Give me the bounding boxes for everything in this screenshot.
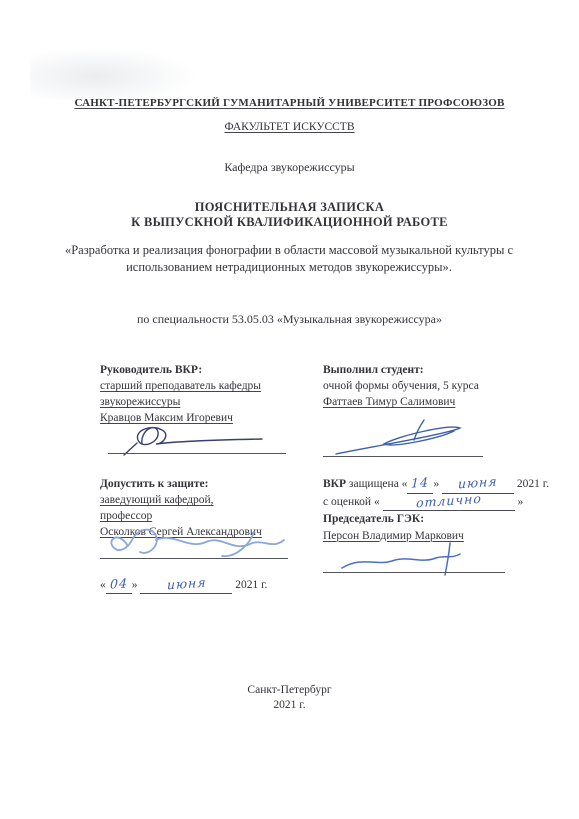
admission-date-line: «04» июня 2021 г.	[100, 577, 330, 594]
thesis-topic: «Разработка и реализация фонографии в об…	[58, 242, 520, 275]
supervisor-position-line2: звукорежиссуры	[100, 394, 330, 410]
student-label: Выполнил студент:	[323, 362, 573, 378]
student-signature-line	[323, 456, 483, 457]
defense-year: 2021 г.	[517, 478, 549, 490]
admission-position-line2: профессор	[100, 508, 330, 524]
admission-label: Допустить к защите:	[100, 476, 330, 492]
student-block: Выполнил студент: очной формы обучения, …	[323, 362, 573, 410]
supervisor-label: Руководитель ВКР:	[100, 362, 330, 378]
supervisor-block: Руководитель ВКР: старший преподаватель …	[100, 362, 330, 426]
document-title-line1: ПОЯСНИТЕЛЬНАЯ ЗАПИСКА	[0, 200, 579, 215]
supervisor-signature	[112, 418, 282, 456]
document-title-line2: К ВЫПУСКНОЙ КВАЛИФИКАЦИОННОЙ РАБОТЕ	[0, 215, 579, 230]
student-name: Фаттаев Тимур Салимович	[323, 394, 573, 410]
admission-signature-line	[100, 558, 288, 559]
chair-signature-line	[323, 572, 505, 573]
admission-signature	[104, 526, 289, 562]
scan-smudge	[30, 48, 195, 100]
defense-block: ВКР защищена «14» июня 2021 г. с оценкой…	[323, 476, 573, 544]
supervisor-position-line1: старший преподаватель кафедры	[100, 378, 330, 394]
quote-open: «	[374, 496, 380, 508]
admission-date-month: июня	[166, 577, 206, 592]
admission-date-day: 04	[110, 577, 128, 591]
admission-date-year: 2021 г.	[235, 579, 267, 591]
defense-day: 14	[411, 476, 429, 490]
student-signature	[328, 414, 488, 460]
quote-close: »	[433, 478, 439, 490]
specialty-line: по специальности 53.05.03 «Музыкальная з…	[0, 312, 579, 327]
quote-close: »	[517, 496, 523, 508]
quote-close: »	[132, 579, 138, 591]
student-details: очной формы обучения, 5 курса	[323, 378, 573, 394]
department-name: Кафедра звукорежиссуры	[0, 160, 579, 175]
defense-month: июня	[458, 476, 498, 491]
faculty-name: ФАКУЛЬТЕТ ИСКУССТВ	[0, 121, 579, 133]
admission-position-line1: заведующий кафедрой,	[100, 492, 330, 508]
footer-year: 2021 г.	[0, 699, 579, 711]
defense-vkr: ВКР	[323, 478, 346, 490]
document-page: САНКТ-ПЕТЕРБУРГСКИЙ ГУМАНИТАРНЫЙ УНИВЕРС…	[0, 0, 579, 819]
defense-defended: защищена	[349, 478, 399, 490]
footer-city: Санкт-Петербург	[0, 684, 579, 696]
chair-label: Председатель ГЭК:	[323, 511, 573, 528]
supervisor-signature-line	[108, 453, 286, 454]
grade-label: с оценкой	[323, 496, 371, 508]
university-name: САНКТ-ПЕТЕРБУРГСКИЙ ГУМАНИТАРНЫЙ УНИВЕРС…	[0, 97, 579, 109]
grade-value: отлично	[415, 492, 481, 509]
